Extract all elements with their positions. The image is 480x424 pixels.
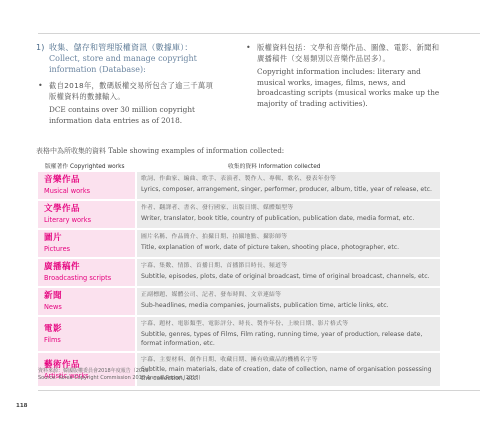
section-heading-en: Collect, store and manage copyright info… [36,53,219,75]
source-zh: 資料來源：韓國版權委員會2018年度報告（2018） [38,368,200,375]
section-number: 1) [36,42,49,53]
table-row-musical: 音樂作品 Musical works 歌詞、作曲家、編曲、歌手、表演者、製作人、… [38,172,440,199]
table-row-broadcasting: 廣播稿件 Broadcasting scripts 字幕、集數、情節、首播日期、… [38,259,440,286]
category-cell: 文學作品 Literary works [38,201,135,228]
table-row-news: 新聞 News 正副標題、媒體公司、記者、發布時間、文章連結等 Sub-head… [38,288,440,315]
category-cell: 新聞 News [38,288,135,315]
source-note: 資料來源：韓國版權委員會2018年度報告（2018） Source: Korea… [38,368,200,382]
category-cell: 圖片 Pictures [38,230,135,257]
description-cell: 圖片名稱、作品簡介、拍攝日期、拍攝地點、攝影師等 Title, explanat… [137,230,440,257]
bullet-dot-icon: • [246,42,251,53]
table-row-pictures: 圖片 Pictures 圖片名稱、作品簡介、拍攝日期、拍攝地點、攝影師等 Tit… [38,230,440,257]
left-column: 1)收集、儲存和管理版權資訊（數據庫）： Collect, store and … [36,42,219,126]
table-caption: 表格中為所收集的資料 Table showing examples of inf… [36,146,284,156]
page-number: 118 [16,403,27,409]
bullet-text-zh: 截自2018年，數碼版權交易所包含了逾三千萬項版權資料的數據輸入。 [49,80,219,102]
category-cell: 廣播稿件 Broadcasting scripts [38,259,135,286]
bullet-text-zh: 版權資料包括：文學和音樂作品、圖像、電影、新聞和廣播稿件（交易類別以音樂作品居多… [257,42,444,64]
description-cell: 字幕、集數、情節、首播日期、首播節目時長、頻道等 Subtitle, episo… [137,259,440,286]
description-cell: 正副標題、媒體公司、記者、發布時間、文章連結等 Sub-headlines, m… [137,288,440,315]
top-divider [38,33,480,34]
right-column: • 版權資料包括：文學和音樂作品、圖像、電影、新聞和廣播稿件（交易類別以音樂作品… [244,42,444,109]
bottom-divider [38,390,480,391]
bullet-text-en: Copyright information includes: literary… [257,67,444,109]
source-en: Source: Korea Copyright Commission 2018 … [38,375,200,382]
info-table: 音樂作品 Musical works 歌詞、作曲家、編曲、歌手、表演者、製作人、… [38,172,440,388]
description-cell: 歌詞、作曲家、編曲、歌手、表演者、製作人、專輯、歌名、發表年份等 Lyrics,… [137,172,440,199]
table-row-films: 電影 Films 字幕、題材、電影類型、電影評分、時長、製作年份、上映日期、影片… [38,317,440,351]
description-cell: 作者、翻譯者、書名、發行國家、出版日期、媒體類型等 Writer, transl… [137,201,440,228]
bullet-text-en: DCE contains over 30 million copyright i… [49,105,219,126]
bullet-copyright-info: • 版權資料包括：文學和音樂作品、圖像、電影、新聞和廣播稿件（交易類別以音樂作品… [244,42,444,109]
table-row-literary: 文學作品 Literary works 作者、翻譯者、書名、發行國家、出版日期、… [38,201,440,228]
bullet-dot-icon: • [38,80,43,91]
bullet-dce-entries: • 截自2018年，數碼版權交易所包含了逾三千萬項版權資料的數據輸入。 DCE … [36,80,219,126]
category-cell: 電影 Films [38,317,135,351]
description-cell: 字幕、題材、電影類型、電影評分、時長、製作年份、上映日期、影片格式等 Subti… [137,317,440,351]
header-copyrighted-works: 版權著作 Copyrighted works [45,161,125,170]
header-information-collected: 收集的資料 Information collected [228,161,320,170]
table-header: 版權著作 Copyrighted works 收集的資料 Information… [38,161,440,171]
section-heading-zh: 1)收集、儲存和管理版權資訊（數據庫）： [36,42,219,53]
category-cell: 音樂作品 Musical works [38,172,135,199]
